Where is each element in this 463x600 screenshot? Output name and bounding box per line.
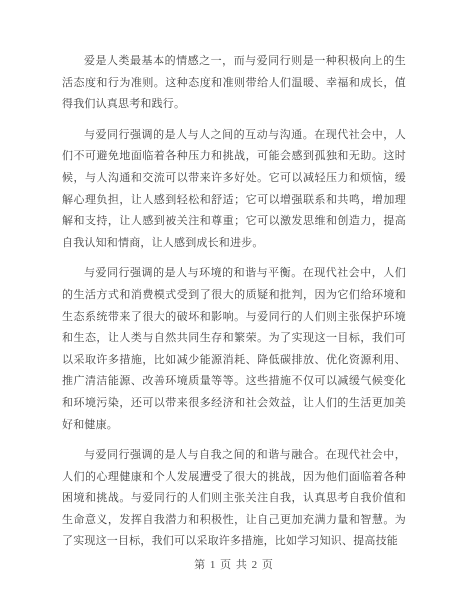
text-line: 生命意义，发挥自我潜力和积极性，让自己更加充满力量和智慧。为 <box>62 510 406 532</box>
text-line: 活态度和行为准则。这种态度和准则带给人们温暖、幸福和成长，值 <box>62 73 406 95</box>
text-line: 爱是人类最基本的情感之一，而与爱同行则是一种积极向上的生 <box>62 51 406 73</box>
text-line: 困境和挑战。与爱同行的人们则主张关注自我，认真思考自我价值和 <box>62 488 406 510</box>
document-body: 爱是人类最基本的情感之一，而与爱同行则是一种积极向上的生活态度和行为准则。这种态… <box>0 0 463 577</box>
text-line: 自我认知和情商，让人感到成长和进步。 <box>62 233 406 255</box>
paragraph: 与爱同行强调的是人与自我之间的和谐与融合。在现代社会中，人们的心理健康和个人发展… <box>62 445 406 553</box>
text-line: 得我们认真思考和践行。 <box>62 94 406 116</box>
text-line: 与爱同行强调的是人与环境的和谐与平衡。在现代社会中，人们 <box>62 263 406 285</box>
text-line: 推广清洁能源、改善环境质量等等。这些措施不仅可以减缓气候变化 <box>62 371 406 393</box>
page-footer: 第 1 页 共 2 页 <box>62 555 406 577</box>
paragraph: 与爱同行强调的是人与人之间的互动与沟通。在现代社会中，人们不可避免地面临着各种压… <box>62 125 406 255</box>
text-line: 解和支持，让人感到被关注和尊重；它可以激发思维和创造力，提高 <box>62 211 406 233</box>
footer-page-label: 第 1 页 共 2 页 <box>194 559 274 571</box>
text-line: 人们的心理健康和个人发展遭受了很大的挑战，因为他们面临着各种 <box>62 467 406 489</box>
text-line: 好和健康。 <box>62 415 406 437</box>
text-line: 们不可避免地面临着各种压力和挑战，可能会感到孤独和无助。这时 <box>62 146 406 168</box>
text-line: 了实现这一目标，我们可以采取许多措施，比如学习知识、提高技能 <box>62 531 406 553</box>
paragraph: 爱是人类最基本的情感之一，而与爱同行则是一种积极向上的生活态度和行为准则。这种态… <box>62 51 406 116</box>
text-line: 以采取许多措施，比如减少能源消耗、降低碳排放、优化资源利用、 <box>62 350 406 372</box>
text-line: 的生活方式和消费模式受到了很大的质疑和批判，因为它们给环境和 <box>62 285 406 307</box>
text-line: 候，与人沟通和交流可以带来许多好处。它可以减轻压力和烦恼，缓 <box>62 168 406 190</box>
text-line: 解心理负担，让人感到轻松和舒适；它可以增强联系和共鸣，增加理 <box>62 190 406 212</box>
text-line: 和环境污染，还可以带来很多经济和社会效益，让人们的生活更加美 <box>62 393 406 415</box>
paragraph: 与爱同行强调的是人与环境的和谐与平衡。在现代社会中，人们的生活方式和消费模式受到… <box>62 263 406 436</box>
paragraphs: 爱是人类最基本的情感之一，而与爱同行则是一种积极向上的生活态度和行为准则。这种态… <box>62 51 406 553</box>
document-page: 爱是人类最基本的情感之一，而与爱同行则是一种积极向上的生活态度和行为准则。这种态… <box>0 0 463 600</box>
text-line: 与爱同行强调的是人与自我之间的和谐与融合。在现代社会中， <box>62 445 406 467</box>
text-line: 生态系统带来了很大的破坏和影响。与爱同行的人们则主张保护环境 <box>62 307 406 329</box>
text-line: 与爱同行强调的是人与人之间的互动与沟通。在现代社会中，人 <box>62 125 406 147</box>
text-line: 和生态，让人类与自然共同生存和繁荣。为了实现这一目标，我们可 <box>62 328 406 350</box>
